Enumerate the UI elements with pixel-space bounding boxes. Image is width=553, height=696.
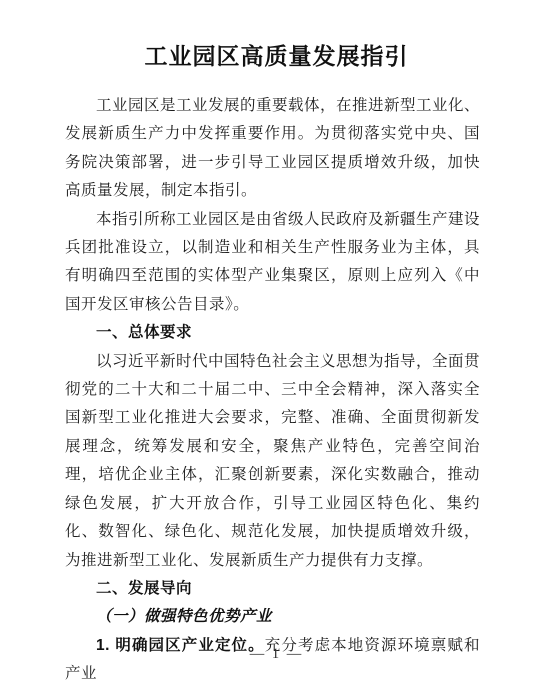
section-heading-development-orientation: 二、发展导向 xyxy=(65,575,480,603)
section1-body-paragraph: 以习近平新时代中国特色社会主义思想为指导，全面贯彻党的二十大和二十届二中、三中全… xyxy=(65,348,480,575)
section-heading-general-requirements: 一、总体要求 xyxy=(65,319,480,347)
document-page: 工业园区高质量发展指引 工业园区是工业发展的重要载体，在推进新型工业化、发展新质… xyxy=(0,0,553,696)
page-number: — 1 — xyxy=(0,646,553,663)
page-title: 工业园区高质量发展指引 xyxy=(0,38,553,71)
document-body: 工业园区是工业发展的重要载体，在推进新型工业化、发展新质生产力中发挥重要作用。为… xyxy=(65,92,480,689)
subsection-heading-strengthen-featured-industries: （一）做强特色优势产业 xyxy=(65,603,480,631)
intro-paragraph-2: 本指引所称工业园区是由省级人民政府及新疆生产建设兵团批准设立，以制造业和相关生产… xyxy=(65,206,480,320)
intro-paragraph-1: 工业园区是工业发展的重要载体，在推进新型工业化、发展新质生产力中发挥重要作用。为… xyxy=(65,92,480,206)
